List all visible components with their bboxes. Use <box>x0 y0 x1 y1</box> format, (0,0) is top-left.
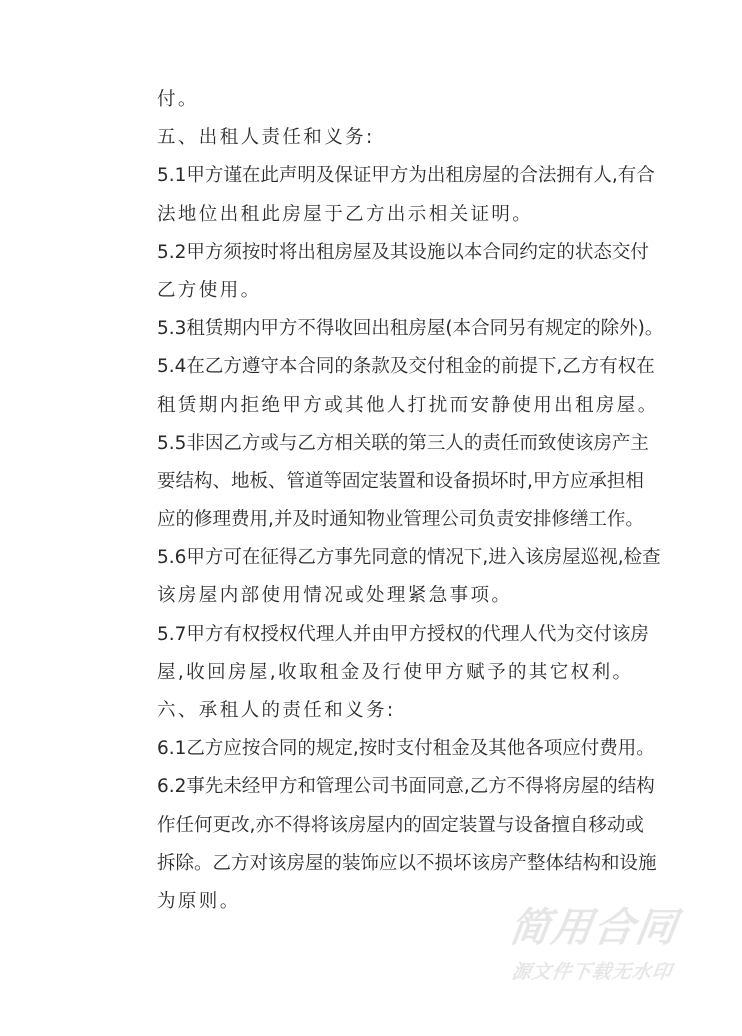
text-line: 要结构、地板、管道等固定装置和设备损坏时,甲方应承担相 <box>157 470 623 508</box>
clause-5-7: 5.7甲方有权授权代理人并由甲方授权的代理人代为交付该房 <box>157 623 623 661</box>
watermark-subtitle: 源文件下载无水印 <box>508 959 712 985</box>
text-line: 作任何更改,亦不得将该房屋内的固定装置与设备擅自移动或 <box>157 814 623 852</box>
document-page: 付。 五、出租人责任和义务: 5.1甲方谨在此声明及保证甲方为出租房屋的合法拥有… <box>0 0 742 1036</box>
text-line: 应的修理费用,并及时通知物业管理公司负责安排修缮工作。 <box>157 508 623 546</box>
clause-5-3: 5.3租赁期内甲方不得收回出租房屋(本合同另有规定的除外)。 <box>157 317 623 355</box>
text-line: 屋,收回房屋,收取租金及行使甲方赋予的其它权利。 <box>157 661 623 699</box>
section-heading-6: 六、承租人的责任和义务: <box>157 699 623 737</box>
text-line: 乙方使用。 <box>157 279 623 317</box>
watermark-title: 简用合同 <box>507 905 713 951</box>
contract-body: 付。 五、出租人责任和义务: 5.1甲方谨在此声明及保证甲方为出租房屋的合法拥有… <box>157 88 623 928</box>
text-line: 拆除。乙方对该房屋的装饰应以不损坏该房产整体结构和设施 <box>157 852 623 890</box>
clause-6-1: 6.1乙方应按合同的规定,按时支付租金及其他各项应付费用。 <box>157 737 623 775</box>
watermark: 简用合同 源文件下载无水印 <box>510 905 710 985</box>
section-heading-5: 五、出租人责任和义务: <box>157 126 623 164</box>
clause-5-5: 5.5非因乙方或与乙方相关联的第三人的责任而致使该房产主 <box>157 432 623 470</box>
text-line: 租赁期内拒绝甲方或其他人打扰而安静使用出租房屋。 <box>157 394 623 432</box>
text-line: 该房屋内部使用情况或处理紧急事项。 <box>157 584 623 622</box>
text-line: 法地位出租此房屋于乙方出示相关证明。 <box>157 203 623 241</box>
clause-5-4: 5.4在乙方遵守本合同的条款及交付租金的前提下,乙方有权在 <box>157 355 623 393</box>
clause-5-1: 5.1甲方谨在此声明及保证甲方为出租房屋的合法拥有人,有合 <box>157 164 623 202</box>
text-line: 付。 <box>157 88 623 126</box>
clause-5-2: 5.2甲方须按时将出租房屋及其设施以本合同约定的状态交付 <box>157 241 623 279</box>
clause-6-2: 6.2事先未经甲方和管理公司书面同意,乙方不得将房屋的结构 <box>157 775 623 813</box>
clause-5-6: 5.6甲方可在征得乙方事先同意的情况下,进入该房屋巡视,检查 <box>157 546 623 584</box>
